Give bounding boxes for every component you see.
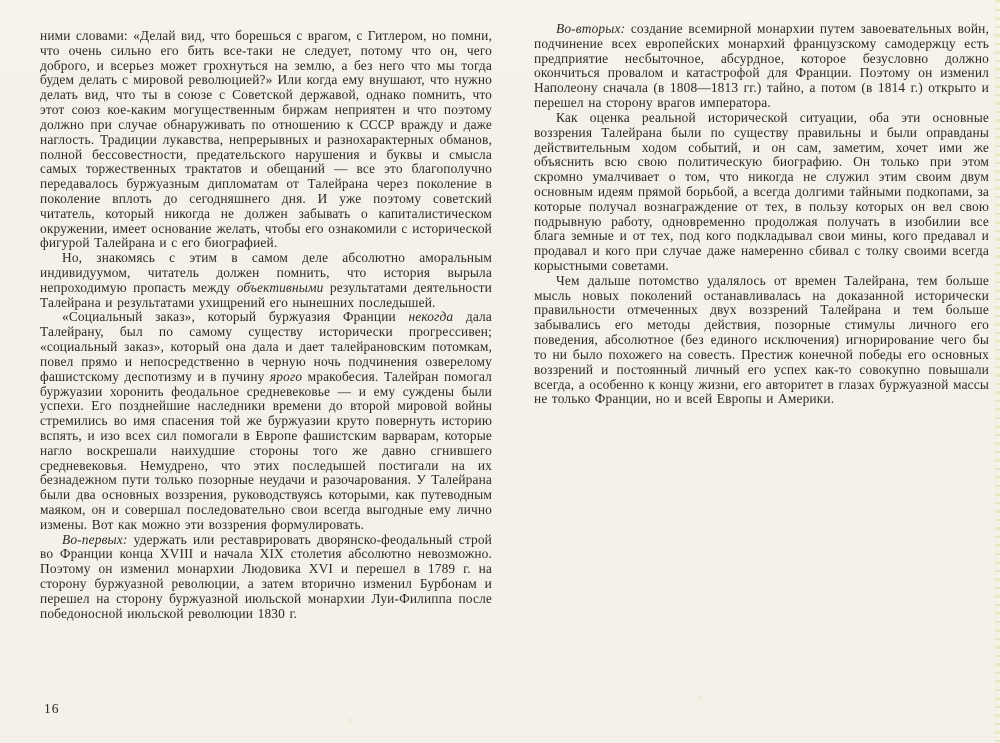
italic-text: ярого: [270, 369, 302, 384]
italic-text: некогда: [408, 309, 453, 324]
body-text: Чем дальше потомство удалялось от времен…: [534, 273, 989, 407]
paragraph: «Социальный заказ», который буржуазия Фр…: [40, 310, 492, 532]
paragraph: Во-первых: удержать или реставрировать д…: [40, 533, 492, 622]
paragraph: Как оценка реальной исторической ситуаци…: [534, 111, 989, 274]
italic-text: Во-первых:: [62, 532, 127, 547]
paragraph: ними словами: «Делай вид, что борешься с…: [40, 29, 492, 251]
body-text: ними словами: «Делай вид, что борешься с…: [40, 28, 492, 250]
paragraph: Чем дальше потомство удалялось от времен…: [534, 274, 989, 407]
body-text: «Социальный заказ», который буржуазия Фр…: [62, 309, 408, 324]
scan-edge-artifacts: [995, 0, 1000, 743]
italic-text: объективными: [237, 280, 324, 295]
paragraph: Во-вторых: создание всемирной монархии п…: [534, 22, 989, 111]
italic-text: Во-вторых:: [556, 21, 625, 36]
paragraph: Но, знакомясь с этим в самом деле абсолю…: [40, 251, 492, 310]
body-text: мракобесия. Талейран помогал буржуазии х…: [40, 369, 492, 532]
left-page-text: ними словами: «Делай вид, что борешься с…: [40, 29, 492, 622]
right-page-text: Во-вторых: создание всемирной монархии п…: [534, 22, 989, 407]
body-text: Как оценка реальной исторической ситуаци…: [534, 110, 989, 273]
book-spread: ними словами: «Делай вид, что борешься с…: [0, 0, 1000, 743]
page-number: 16: [44, 701, 60, 717]
